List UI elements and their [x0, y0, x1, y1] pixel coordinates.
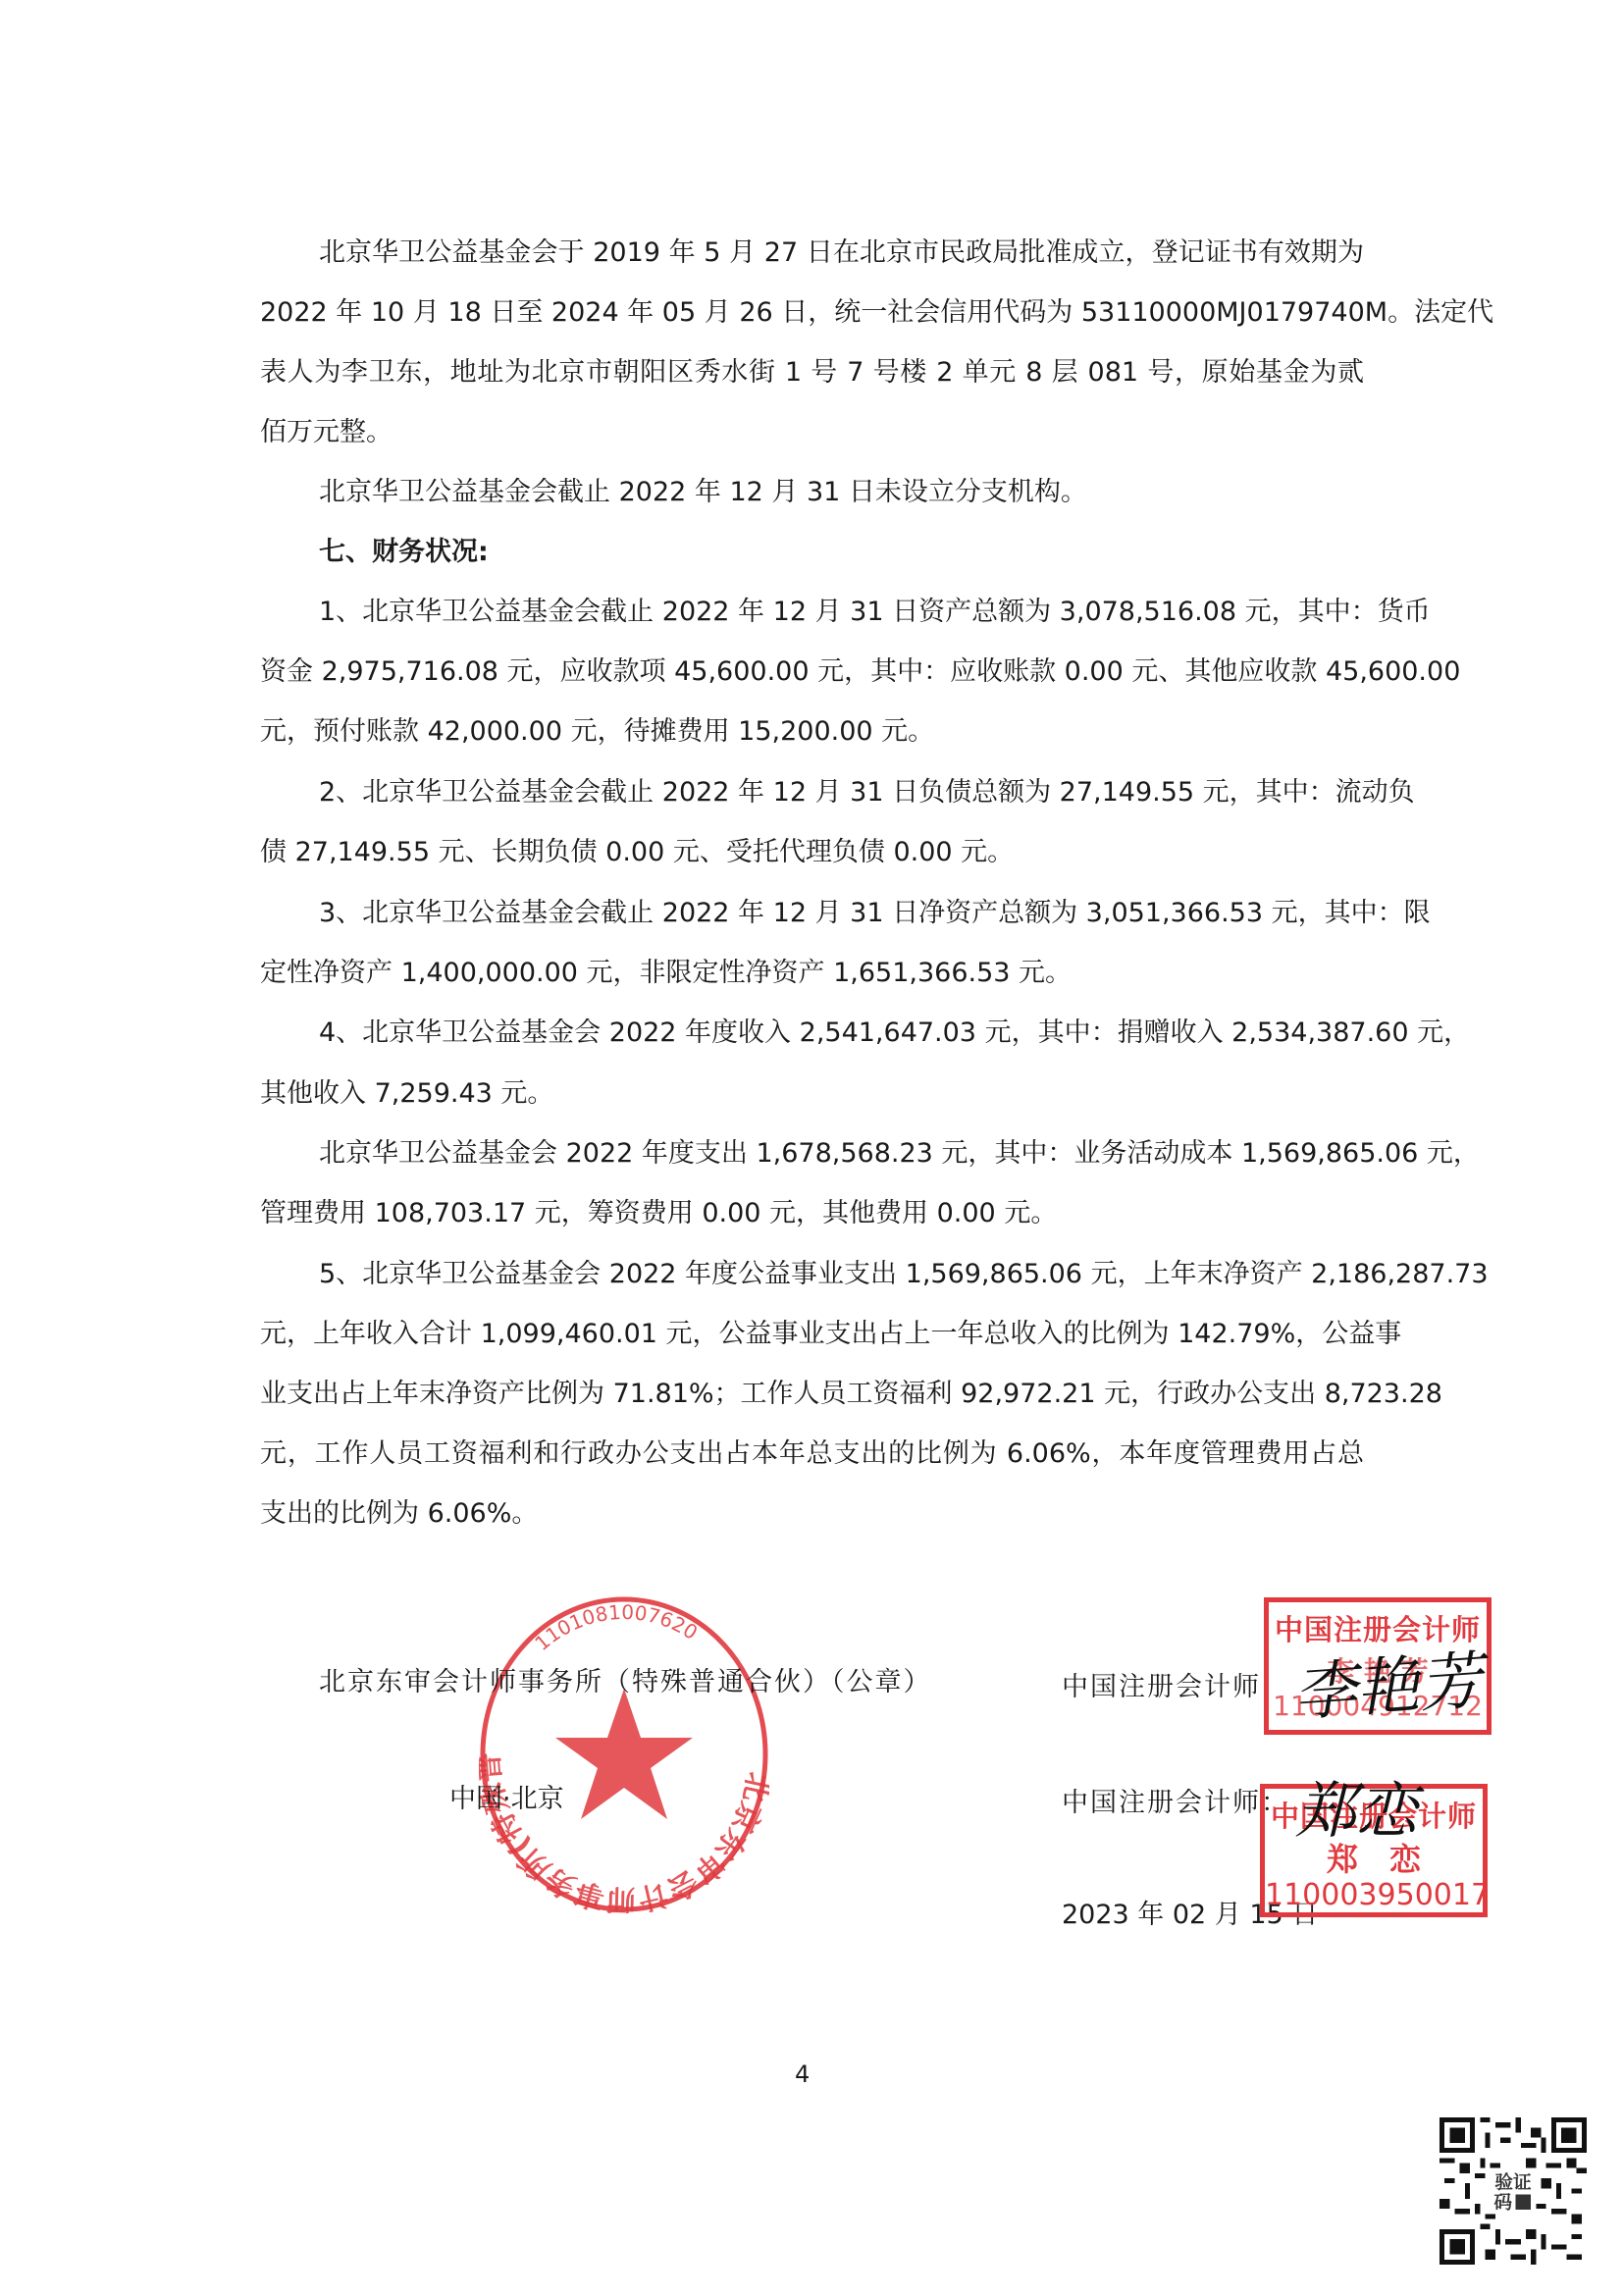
text-line: 表人为李卫东，地址为北京市朝阳区秀水街 1 号 7 号楼 2 单元 8 层 08… [260, 353, 1364, 392]
text-line: 3、北京华卫公益基金会截止 2022 年 12 月 31 日净资产总额为 3,0… [319, 894, 1364, 933]
text-line: 北京华卫公益基金会于 2019 年 5 月 27 日在北京市民政局批准成立，登记… [319, 234, 1364, 273]
text-line: 元，预付账款 42,000.00 元，待摊费用 15,200.00 元。 [260, 712, 1364, 752]
text-line: 债 27,149.55 元、长期负债 0.00 元、受托代理负债 0.00 元。 [260, 833, 1364, 872]
qr-label-top: 验证 [1494, 2171, 1532, 2193]
firm-name: 北京东审会计师事务所（特殊普通合伙）（公章） [319, 1663, 932, 1702]
qr-code-icon: 验证 码 [1440, 2117, 1587, 2265]
text-line: 佰万元整。 [260, 413, 1364, 452]
text-line: 4、北京华卫公益基金会 2022 年度收入 2,541,647.03 元，其中：… [319, 1014, 1364, 1053]
text-line: 支出的比例为 6.06%。 [260, 1494, 1364, 1534]
text-line: 定性净资产 1,400,000.00 元，非限定性净资产 1,651,366.5… [260, 954, 1364, 993]
text-line: 资金 2,975,716.08 元，应收款项 45,600.00 元，其中：应收… [260, 652, 1364, 692]
text-line: 元，工作人员工资福利和行政办公支出占本年总支出的比例为 6.06%，本年度管理费… [260, 1435, 1364, 1474]
text-line: 2022 年 10 月 18 日至 2024 年 05 月 26 日，统一社会信… [260, 293, 1364, 333]
cpa-label-2: 中国注册会计师： [1062, 1784, 1289, 1823]
firm-location: 中国·北京 [449, 1780, 564, 1819]
cpa-handwritten-signature-2: 郑恋 [1295, 1762, 1417, 1850]
text-line: 1、北京华卫公益基金会截止 2022 年 12 月 31 日资产总额为 3,07… [319, 593, 1364, 632]
text-line: 业支出占上年末净资产比例为 71.81%；工作人员工资福利 92,972.21 … [260, 1375, 1364, 1414]
text-line: 5、北京华卫公益基金会 2022 年度公益事业支出 1,569,865.06 元… [319, 1255, 1364, 1294]
text-line: 管理费用 108,703.17 元，筹资费用 0.00 元，其他费用 0.00 … [260, 1194, 1364, 1233]
text-line: 北京华卫公益基金会截止 2022 年 12 月 31 日未设立分支机构。 [319, 473, 1364, 512]
firm-seal-icon: 北京东审会计师事务所(特殊普通合伙) 1101081007620 [479, 1595, 769, 1913]
text-line: 2、北京华卫公益基金会截止 2022 年 12 月 31 日负债总额为 27,1… [319, 773, 1364, 812]
document-page: 北京华卫公益基金会于 2019 年 5 月 27 日在北京市民政局批准成立，登记… [0, 0, 1623, 2296]
text-line: 元，上年收入合计 1,099,460.01 元，公益事业支出占上一年总收入的比例… [260, 1315, 1364, 1354]
cpa-seal-2-number: 110003950017 [1265, 1878, 1483, 1912]
section-heading: 七、财务状况: [319, 533, 1364, 572]
cpa-label-1: 中国注册会计师： [1062, 1668, 1289, 1707]
text-line: 其他收入 7,259.43 元。 [260, 1074, 1364, 1114]
page-number: 4 [795, 2061, 810, 2088]
cpa-handwritten-signature-1: 李艳芳 [1290, 1630, 1485, 1733]
qr-label-bottom: 码 [1493, 2193, 1512, 2214]
text-line: 北京华卫公益基金会 2022 年度支出 1,678,568.23 元，其中：业务… [319, 1134, 1364, 1174]
